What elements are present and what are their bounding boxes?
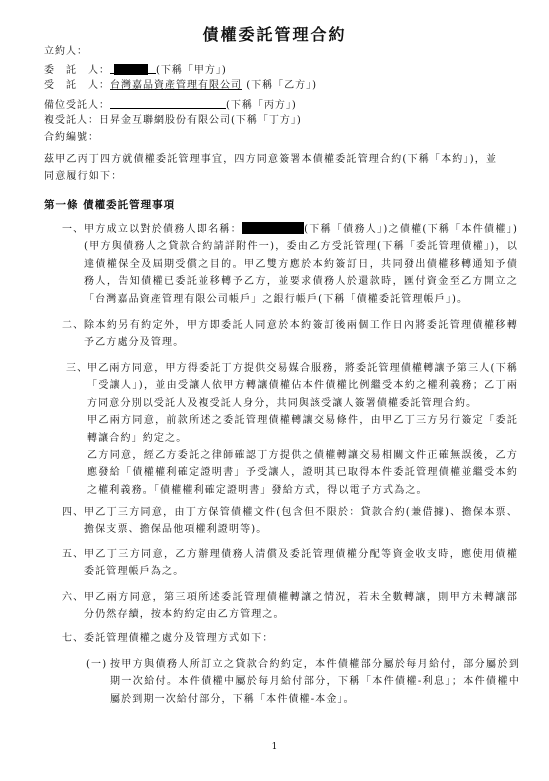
trustee-line: 受 託 人：台灣嘉品資產管理有限公司 (下稱「乙方」) — [44, 80, 317, 92]
document-title: 債權委託管理合約 — [0, 22, 549, 45]
contract-no-line: 合約編號： — [44, 132, 99, 144]
signatories-label: 立約人： — [44, 46, 88, 58]
clause-number: 四、 — [62, 504, 84, 521]
clause-text: (下稱「債務人」)之債權(下稱「本件債權」)(甲方與債務人之貸款合約請詳附件一)… — [84, 224, 518, 305]
clause-body: 甲乙兩方同意，第三項所述委託管理債權轉讓之情況，若未全數轉讓，則甲方未轉讓部分仍… — [84, 589, 518, 624]
clause-number: 五、 — [62, 546, 84, 563]
trustee-label: 受 託 人： — [44, 80, 110, 91]
backup-trustee-blank — [110, 98, 226, 109]
principal-line: 委 託 人：(下稱「甲方」) — [44, 63, 227, 77]
subclause-number: (一) — [86, 656, 107, 673]
clause-text: 甲乙兩方同意，前款所述之委託管理債權轉讓交易條件，由甲乙丁三方另行簽定「委託轉讓… — [87, 412, 518, 447]
backup-trustee-label: 備位受託人： — [44, 100, 110, 111]
backup-trustee-line: 備位受託人：(下稱「丙方」) — [44, 98, 297, 112]
page-number: 1 — [0, 742, 549, 752]
sub-trustee-label: 複受託人： — [44, 115, 99, 126]
clause-body: 委託管理債權之處分及管理方式如下： — [84, 630, 518, 647]
clause-text: 甲乙兩方同意，甲方得委託丁方提供交易媒合服務，將委託管理債權轉讓予第三人(下稱「… — [87, 360, 518, 412]
clause-body: 除本約另有約定外，甲方即委託人同意於本約簽訂後兩個工作日內將委託管理債權移轉予乙… — [84, 317, 518, 352]
principal-suffix: (下稱「甲方」) — [156, 65, 227, 76]
trustee-suffix: (下稱「乙方」) — [246, 80, 317, 91]
principal-label: 委 託 人： — [44, 65, 110, 76]
preamble: 茲甲乙丙丁四方就債權委託管理事宜，四方同意簽署本債權委託管理合約(下稱「本約」)… — [44, 151, 506, 186]
clause-number: 一、 — [62, 221, 84, 238]
subclause-body: 按甲方與債務人所訂立之貸款合約約定，本件債權部分屬於每月給付，部分屬於到期一次給… — [110, 656, 520, 708]
clause-number: 七、 — [62, 630, 84, 647]
contract-no-label: 合約編號： — [44, 132, 99, 143]
redacted-debtor — [242, 222, 304, 234]
clause-text: 甲方成立以對於債務人即名稱： — [84, 224, 242, 235]
clause-text: 乙方同意，經乙方委託之律師確認丁方提供之債權轉讓交易相關文件正確無誤後，乙方應發… — [87, 447, 518, 499]
article-1-heading: 第一條 債權委託管理事項 — [44, 197, 175, 212]
clause-number: 六、 — [62, 589, 84, 606]
clause-body: 甲乙丁三方同意，乙方辦理債務人清償及委託管理債權分配等資金收支時，應使用債權委託… — [84, 546, 518, 581]
sub-trustee-value: 日昇金互聯網股份有限公司 — [99, 115, 231, 126]
backup-trustee-suffix: (下稱「丙方」) — [226, 100, 297, 111]
redacted-name — [114, 64, 148, 75]
clause-number: 二、 — [62, 317, 84, 334]
clause-body: 甲乙兩方同意，甲方得委託丁方提供交易媒合服務，將委託管理債權轉讓予第三人(下稱「… — [87, 360, 518, 499]
clause-body: 甲乙丁三方同意，由丁方保管債權文件(包含但不限於：貸款合約(兼借據)、擔保本票、… — [84, 504, 518, 539]
sub-trustee-line: 複受託人：日昇金互聯網股份有限公司(下稱「丁方」) — [44, 115, 302, 127]
document-page: 債權委託管理合約 立約人： 委 託 人：(下稱「甲方」) 受 託 人：台灣嘉品資… — [0, 0, 549, 781]
sub-trustee-suffix: (下稱「丁方」) — [231, 115, 302, 126]
clause-body: 甲方成立以對於債務人即名稱：(下稱「債務人」)之債權(下稱「本件債權」)(甲方與… — [84, 221, 518, 308]
trustee-value: 台灣嘉品資產管理有限公司 — [110, 80, 242, 91]
clause-number: 三、 — [66, 360, 88, 377]
